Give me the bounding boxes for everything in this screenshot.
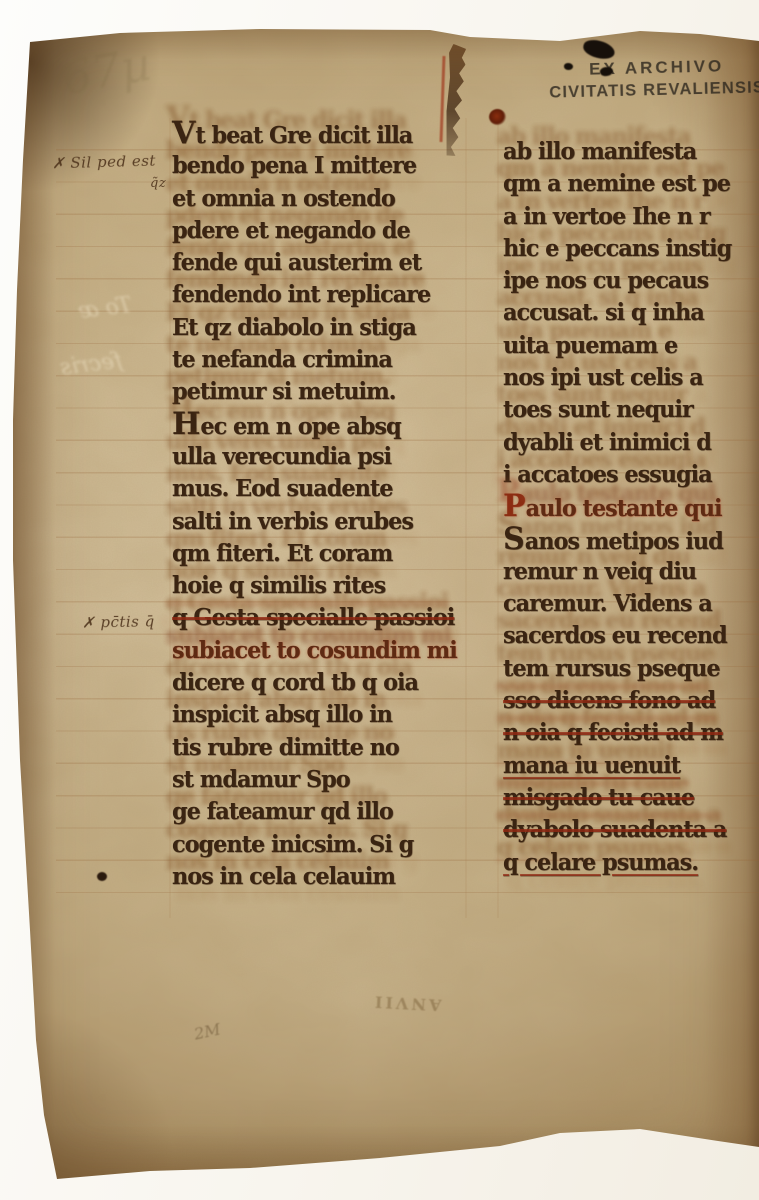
manuscript-text-line: Sanos metipos iud (503, 524, 759, 556)
manuscript-text-line: tis rubre dimitte no (172, 732, 473, 764)
manuscript-text-line: hoie q similis rites (172, 570, 473, 602)
manuscript-text-line: n oia q fecisti ad m (503, 717, 759, 749)
right-text-column: ab illo manifestaqm a nemine est pea in … (503, 136, 759, 879)
manuscript-text-line: Vt beat Gre dicit illa (172, 118, 473, 150)
manuscript-text-line: dyabolo suadenta a (503, 814, 759, 846)
manuscript-text-line: salti in verbis erubes (172, 506, 473, 538)
manuscript-text-line: fende qui austerim et (172, 247, 473, 279)
ink-blot (564, 63, 573, 70)
manuscript-text-line: qm fiteri. Et coram (172, 538, 473, 570)
manuscript-text-line: Hec em n ope absq (172, 409, 473, 441)
manuscript-text-line: subiacet to cosundim mi (172, 635, 473, 667)
manuscript-text-line: st mdamur Spo (172, 764, 473, 796)
manuscript-text-line: tem rursus pseque (503, 653, 759, 685)
manuscript-text-line: fendendo int replicare (172, 279, 473, 311)
manuscript-text-line: mana iu uenuit (503, 750, 759, 782)
manuscript-text-line: pdere et negando de (172, 215, 473, 247)
manuscript-text-line: ipe nos cu pecaus (503, 265, 759, 297)
manuscript-text-line: Et qz diabolo in stiga (172, 312, 473, 344)
red-stain (489, 109, 506, 125)
manuscript-text-line: i accatoes essugia (503, 459, 759, 491)
dark-speck (97, 872, 107, 881)
manuscript-text-line: dicere q cord tb q oia (172, 667, 473, 699)
manuscript-text-line: inspicit absq illo in (172, 699, 473, 731)
manuscript-text-line: petimur si metuim. (172, 376, 473, 408)
manuscript-text-line: sacerdos eu recend (503, 620, 759, 652)
manuscript-text-line: q celare psumas. (503, 847, 759, 879)
manuscript-text-line: mus. Eod suadente (172, 473, 473, 505)
manuscript-text-line: hic e peccans instig (503, 233, 759, 265)
manuscript-text-line: dyabli et inimici d (503, 427, 759, 459)
manuscript-text-line: nos ipi ust celis a (503, 362, 759, 394)
manuscript-text-line: q Gesta specialle passioi (172, 602, 473, 634)
manuscript-text-line: te nefanda crimina (172, 344, 473, 376)
manuscript-text-line: ulla verecundia psi (172, 441, 473, 473)
marginal-note-flourish: q̃z (150, 176, 166, 191)
manuscript-text-line: et omnia n ostendo (172, 183, 473, 215)
manuscript-text-line: sso dicens fono ad (503, 685, 759, 717)
left-text-column: Vt beat Gre dicit illabendo pena I mitte… (172, 118, 473, 893)
manuscript-text-line: Paulo testante qui (503, 491, 759, 523)
parchment-leaf: Vt beat Gre dicit illabendo pena I mitte… (0, 0, 759, 1200)
marginal-note-top: ✗ Sil ped est (52, 152, 156, 173)
manuscript-text-line: qm a nemine est pe (503, 168, 759, 200)
manuscript-text-line: caremur. Videns a (503, 588, 759, 620)
manuscript-text-line: misgado tu caue (503, 782, 759, 814)
marginal-note-mid: ✗ pc̄tis q̄ (82, 612, 155, 631)
manuscript-text-line: bendo pena I mittere (172, 150, 473, 182)
manuscript-text-line: remur n veiq diu (503, 556, 759, 588)
manuscript-text-line: ab illo manifesta (503, 136, 759, 168)
manuscript-text-line: toes sunt nequir (503, 394, 759, 426)
manuscript-text-line: cogente inicsim. Si g (172, 829, 473, 861)
manuscript-text-line: ge fateamur qd illo (172, 796, 473, 828)
manuscript-text-line: a in vertoe Ihe n r (503, 201, 759, 233)
manuscript-text-line: uita puemam e (503, 330, 759, 362)
manuscript-photo: Vt beat Gre dicit illabendo pena I mitte… (0, 0, 759, 1200)
manuscript-text-line: accusat. si q inha (503, 297, 759, 329)
show-through-mark: ANVII (372, 992, 442, 1015)
manuscript-text-line: nos in cela celauim (172, 861, 473, 893)
